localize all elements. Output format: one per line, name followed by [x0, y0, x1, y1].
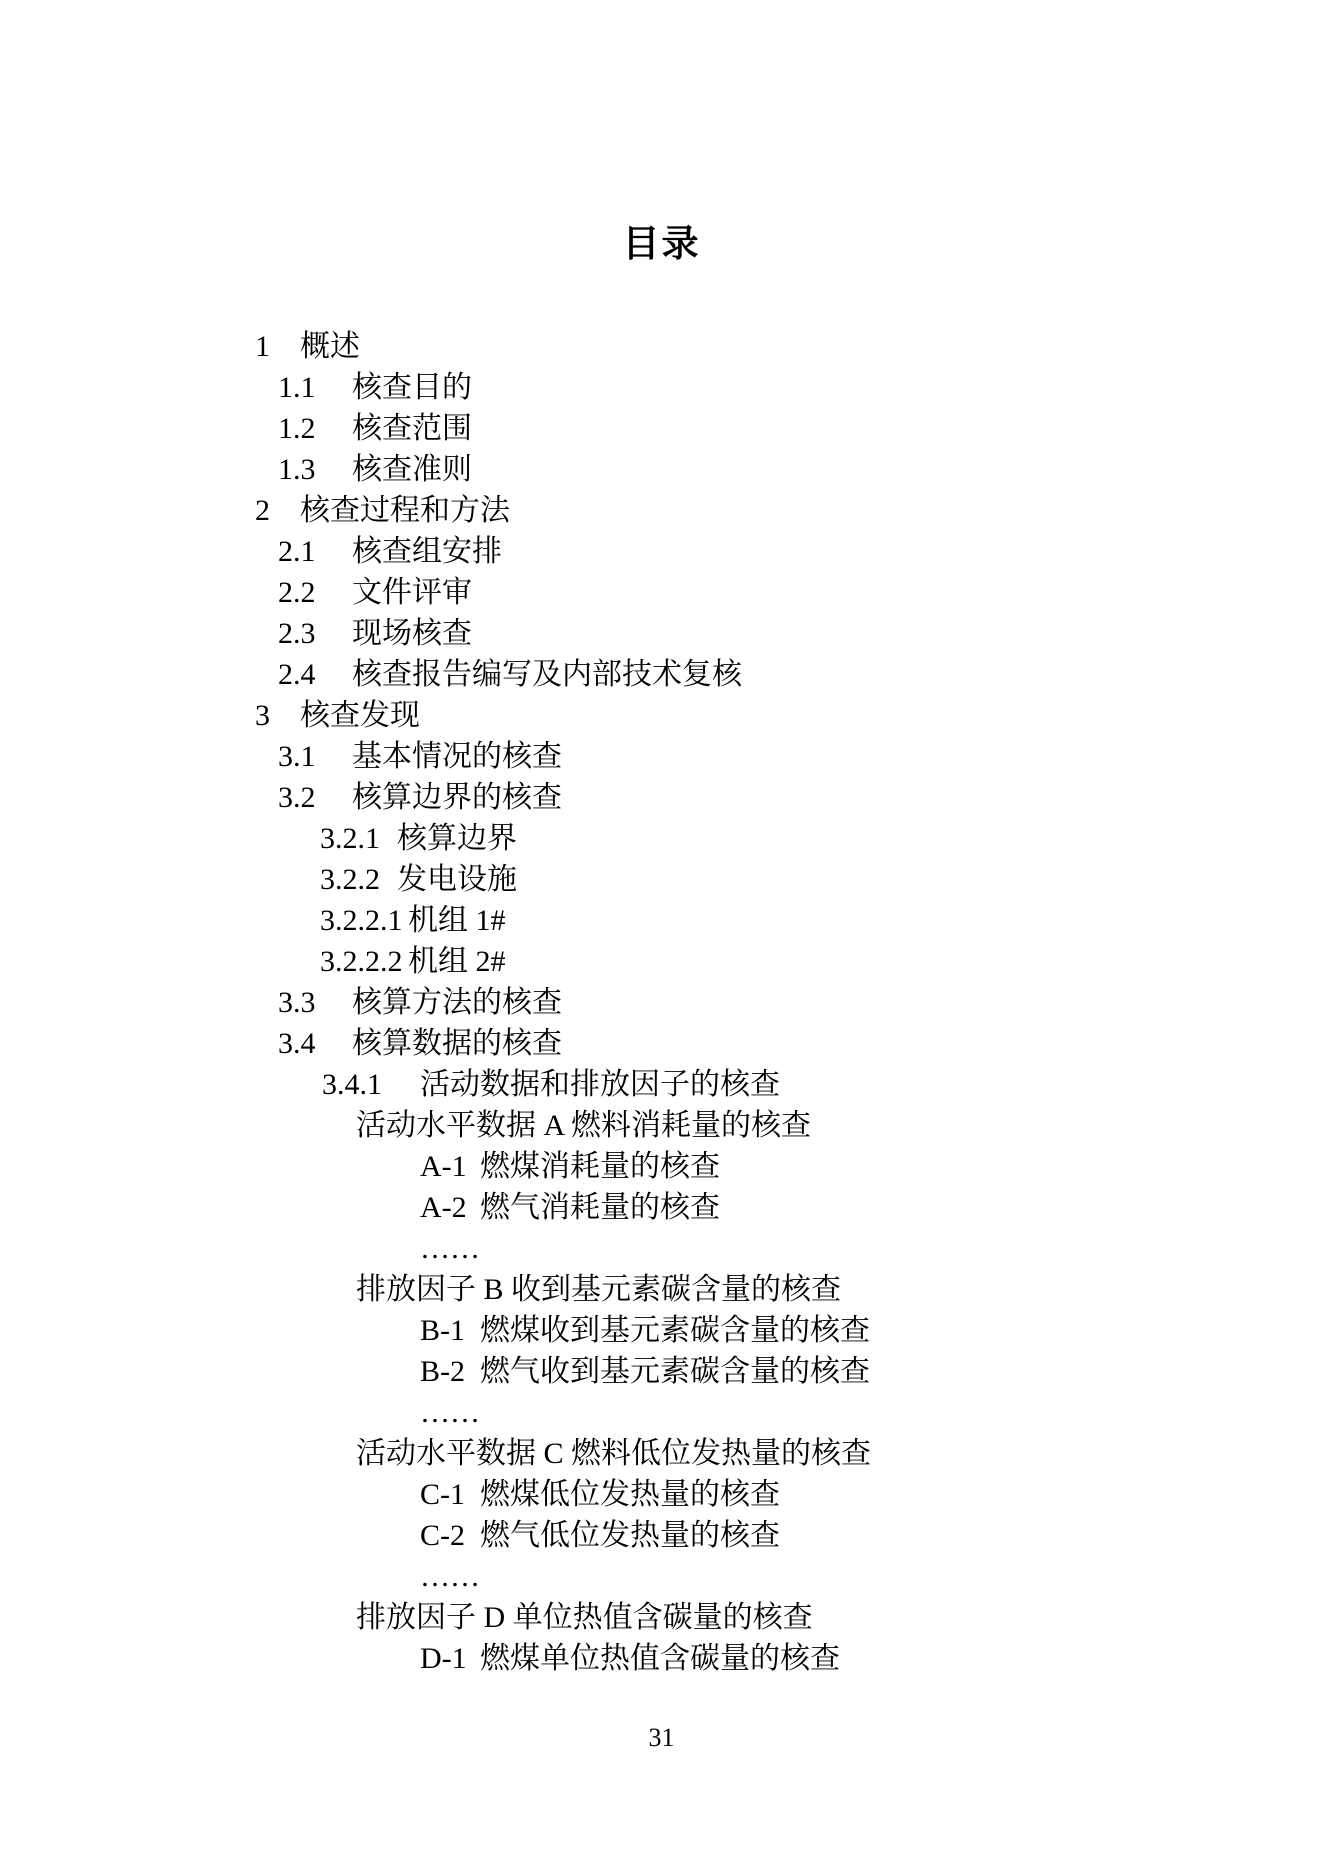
- toc-entry: 2核查过程和方法: [0, 490, 1323, 531]
- toc-entry: 3.2核算边界的核查: [0, 777, 1323, 818]
- toc-entry-label: 核算方法的核查: [352, 982, 562, 1023]
- toc-entry: 2.2文件评审: [0, 572, 1323, 613]
- toc-entry: 2.1核查组安排: [0, 531, 1323, 572]
- toc-entry: 3.2.2.2机组 2#: [0, 941, 1323, 982]
- page-title: 目录: [0, 222, 1323, 268]
- toc-entry: 3.1基本情况的核查: [0, 736, 1323, 777]
- toc-entry: 1.1核查目的: [0, 367, 1323, 408]
- toc-entry: 3.2.2.1机组 1#: [0, 900, 1323, 941]
- toc-entry-label: 燃煤低位发热量的核查: [480, 1474, 780, 1515]
- toc-entry-number: B-1: [420, 1310, 480, 1351]
- toc-entry-label: 现场核查: [352, 613, 472, 654]
- page-number: 31: [0, 1722, 1323, 1754]
- toc-entry-label: 核查报告编写及内部技术复核: [352, 654, 742, 695]
- toc-entry-label: 基本情况的核查: [352, 736, 562, 777]
- toc-entry-label: 核查目的: [352, 367, 472, 408]
- toc-entry: ……: [0, 1556, 1323, 1597]
- toc-entry-number: A-2: [420, 1187, 480, 1228]
- toc-entry: 活动水平数据 A 燃料消耗量的核查: [0, 1105, 1323, 1146]
- toc-entry-number: C-1: [420, 1474, 480, 1515]
- toc-entry: ……: [0, 1392, 1323, 1433]
- toc-entry-number: 1.1: [278, 367, 352, 408]
- toc-entry: 2.3现场核查: [0, 613, 1323, 654]
- toc-entry: D-1燃煤单位热值含碳量的核查: [0, 1638, 1323, 1679]
- toc-entry-label: 机组 2#: [408, 941, 506, 982]
- toc-entry-number: 3.4.1: [322, 1064, 420, 1105]
- toc-entry-label: 核查组安排: [352, 531, 502, 572]
- toc-entry: A-2燃气消耗量的核查: [0, 1187, 1323, 1228]
- toc-entry-label: 文件评审: [352, 572, 472, 613]
- toc-entry: 1.2核查范围: [0, 408, 1323, 449]
- toc-entry-label: 发电设施: [397, 859, 517, 900]
- toc-entry-number: 2.2: [278, 572, 352, 613]
- toc-entry-number: 2.1: [278, 531, 352, 572]
- toc-entry-number: 2.3: [278, 613, 352, 654]
- toc-entry: 1概述: [0, 326, 1323, 367]
- toc-entry-label: 核查准则: [352, 449, 472, 490]
- toc-entry-label: ……: [420, 1392, 480, 1433]
- toc-entry-number: 1.2: [278, 408, 352, 449]
- toc-entry-number: 2.4: [278, 654, 352, 695]
- toc-entry-number: 3: [255, 695, 300, 736]
- toc-entry-label: 机组 1#: [408, 900, 506, 941]
- toc-entry-label: 活动水平数据 C 燃料低位发热量的核查: [356, 1433, 871, 1474]
- toc-entry-number: 3.1: [278, 736, 352, 777]
- toc-entry: B-1燃煤收到基元素碳含量的核查: [0, 1310, 1323, 1351]
- toc-entry-number: 3.2.1: [320, 818, 397, 859]
- toc-entry-label: 排放因子 B 收到基元素碳含量的核查: [356, 1269, 841, 1310]
- toc-entry-number: 1: [255, 326, 300, 367]
- document-page: 目录 1概述1.1核查目的1.2核查范围1.3核查准则2核查过程和方法2.1核查…: [0, 0, 1323, 1871]
- toc-entry-label: 核查过程和方法: [300, 490, 510, 531]
- toc-entry-number: 3.2.2.1: [320, 900, 408, 941]
- toc-entry-label: 燃煤收到基元素碳含量的核查: [480, 1310, 870, 1351]
- toc-entry: 3.2.2发电设施: [0, 859, 1323, 900]
- toc-entry: B-2燃气收到基元素碳含量的核查: [0, 1351, 1323, 1392]
- toc-entry-number: 1.3: [278, 449, 352, 490]
- toc-entry: 1.3核查准则: [0, 449, 1323, 490]
- toc-entry: 活动水平数据 C 燃料低位发热量的核查: [0, 1433, 1323, 1474]
- toc-entry: 3.3核算方法的核查: [0, 982, 1323, 1023]
- toc-entry-number: A-1: [420, 1146, 480, 1187]
- toc-entry-number: D-1: [420, 1638, 480, 1679]
- toc-entry-label: 核查发现: [300, 695, 420, 736]
- toc-entry: 3核查发现: [0, 695, 1323, 736]
- toc-entry-number: 3.4: [278, 1023, 352, 1064]
- table-of-contents: 1概述1.1核查目的1.2核查范围1.3核查准则2核查过程和方法2.1核查组安排…: [0, 326, 1323, 1679]
- toc-entry-label: 核算边界的核查: [352, 777, 562, 818]
- toc-entry-label: 燃煤单位热值含碳量的核查: [480, 1638, 840, 1679]
- toc-entry-number: B-2: [420, 1351, 480, 1392]
- toc-entry-number: 3.2.2: [320, 859, 397, 900]
- toc-entry: 2.4核查报告编写及内部技术复核: [0, 654, 1323, 695]
- toc-entry: C-1燃煤低位发热量的核查: [0, 1474, 1323, 1515]
- toc-entry-number: 3.3: [278, 982, 352, 1023]
- toc-entry-label: 活动水平数据 A 燃料消耗量的核查: [356, 1105, 811, 1146]
- toc-entry: 3.2.1核算边界: [0, 818, 1323, 859]
- toc-entry-number: C-2: [420, 1515, 480, 1556]
- toc-entry-label: 燃气收到基元素碳含量的核查: [480, 1351, 870, 1392]
- toc-entry-label: ……: [420, 1556, 480, 1597]
- toc-entry-label: 燃气消耗量的核查: [480, 1187, 720, 1228]
- toc-entry: 3.4.1活动数据和排放因子的核查: [0, 1064, 1323, 1105]
- toc-entry-number: 3.2.2.2: [320, 941, 408, 982]
- toc-entry: C-2燃气低位发热量的核查: [0, 1515, 1323, 1556]
- toc-entry-label: 排放因子 D 单位热值含碳量的核查: [356, 1597, 813, 1638]
- toc-entry-label: ……: [420, 1228, 480, 1269]
- toc-entry: A-1燃煤消耗量的核查: [0, 1146, 1323, 1187]
- toc-entry-label: 核算边界: [397, 818, 517, 859]
- toc-entry: 排放因子 D 单位热值含碳量的核查: [0, 1597, 1323, 1638]
- toc-entry-label: 活动数据和排放因子的核查: [420, 1064, 780, 1105]
- toc-entry-label: 概述: [300, 326, 360, 367]
- toc-entry: ……: [0, 1228, 1323, 1269]
- toc-entry-label: 燃气低位发热量的核查: [480, 1515, 780, 1556]
- toc-entry-label: 燃煤消耗量的核查: [480, 1146, 720, 1187]
- toc-entry-number: 3.2: [278, 777, 352, 818]
- toc-entry-number: 2: [255, 490, 300, 531]
- toc-entry-label: 核算数据的核查: [352, 1023, 562, 1064]
- toc-entry: 3.4核算数据的核查: [0, 1023, 1323, 1064]
- toc-entry-label: 核查范围: [352, 408, 472, 449]
- toc-entry: 排放因子 B 收到基元素碳含量的核查: [0, 1269, 1323, 1310]
